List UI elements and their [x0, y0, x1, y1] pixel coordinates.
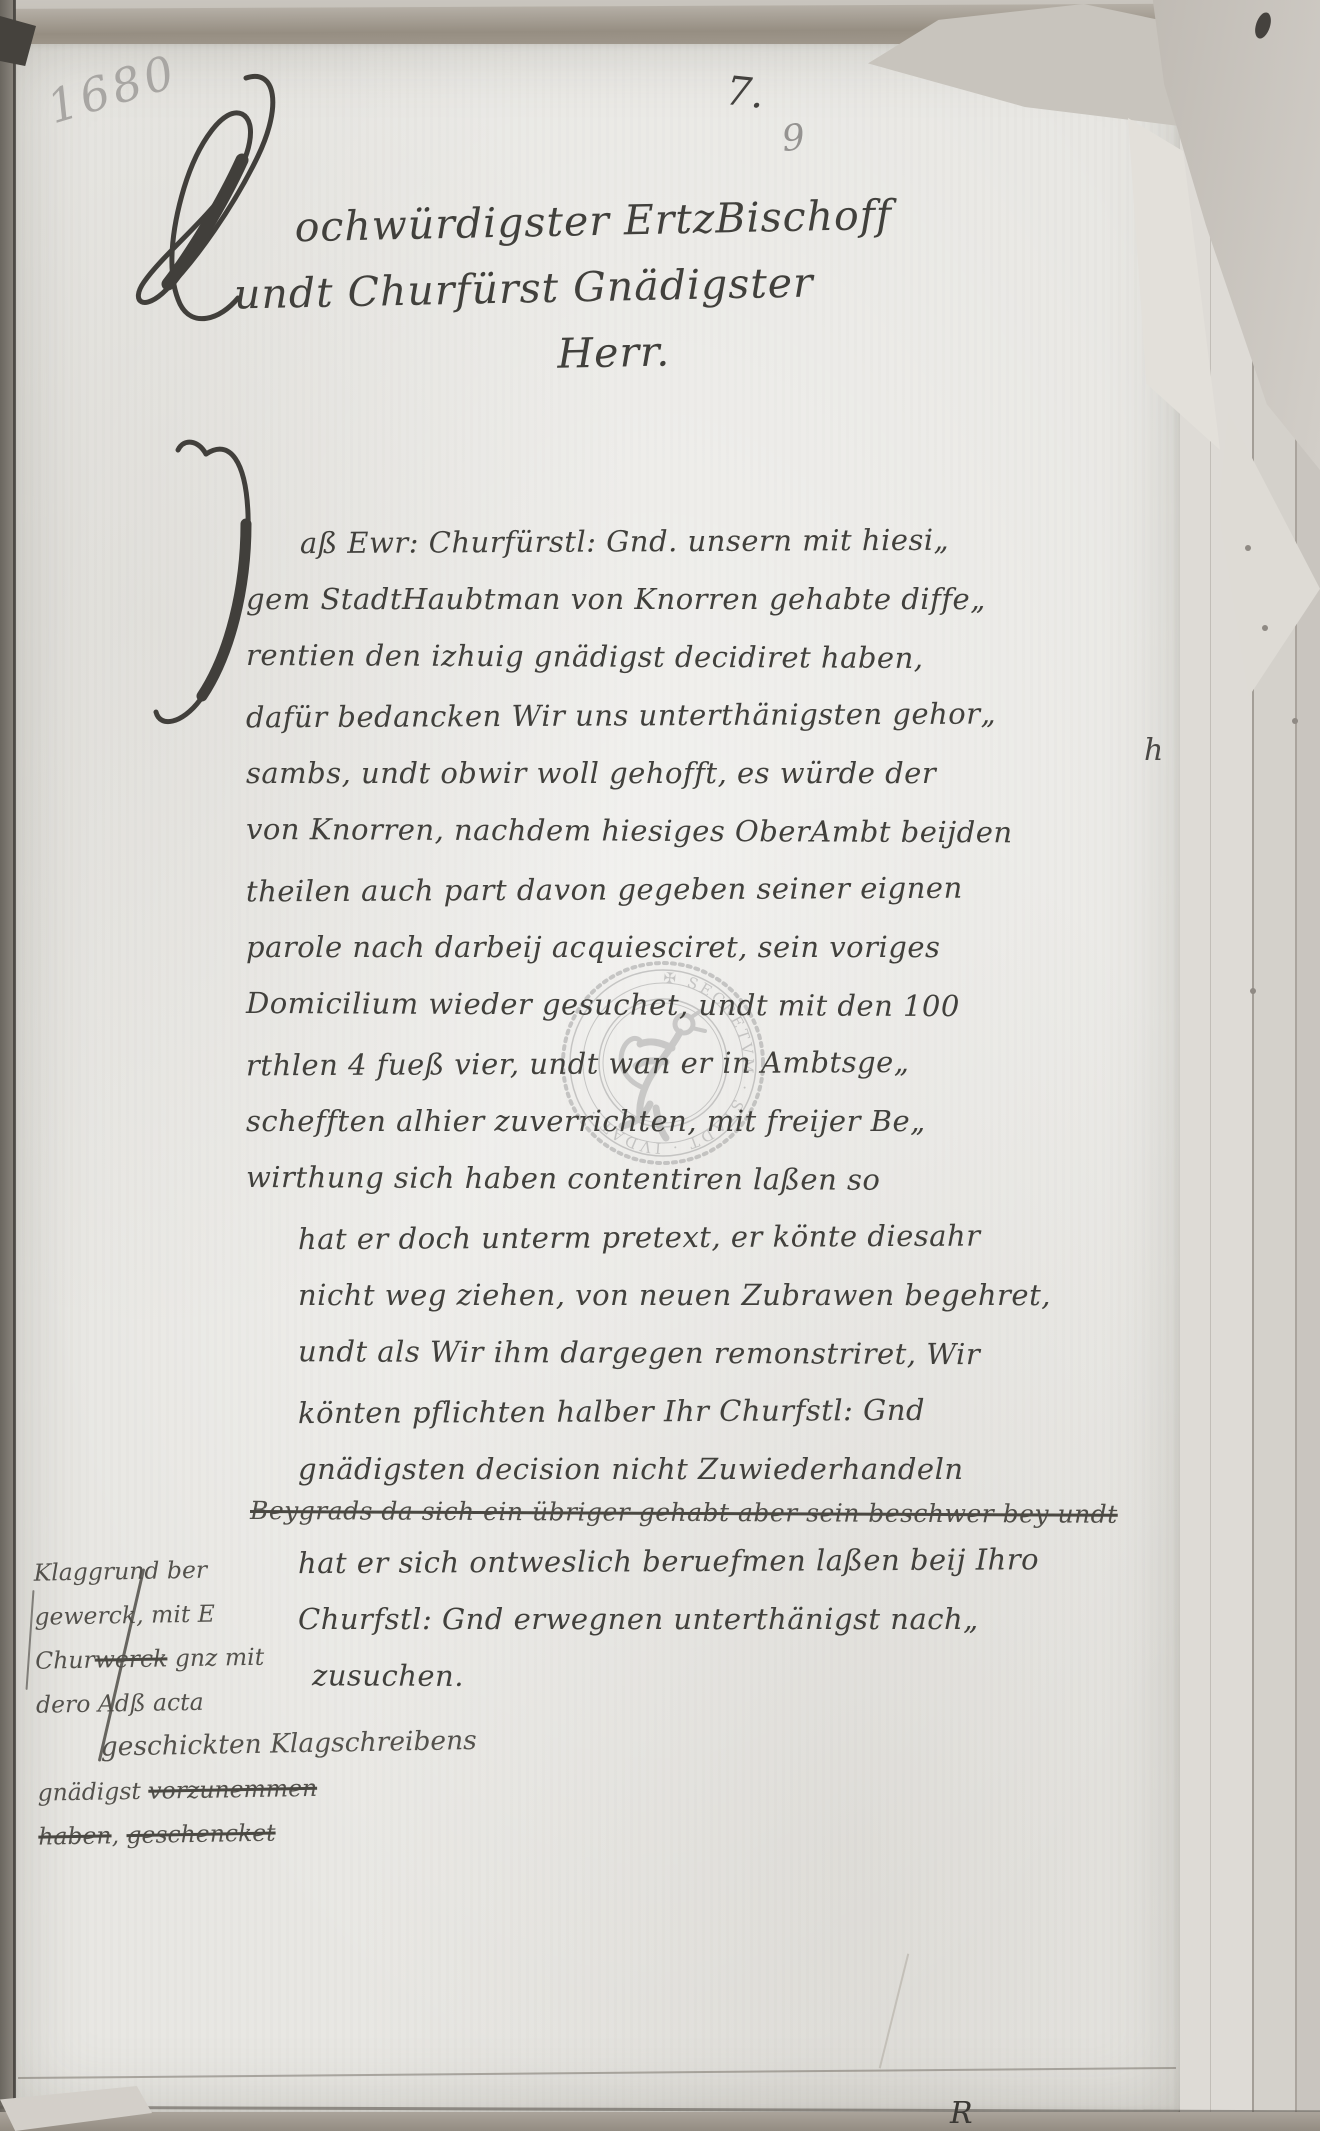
- line-text: undt als Wir ihm dargegen remonstriret, …: [298, 1334, 980, 1371]
- margin-line: dero Adß acta: [36, 1677, 347, 1726]
- line-text: rthlen 4 fueß vier, undt wan er in Ambts…: [246, 1045, 909, 1082]
- line-text: aß Ewr: Churfürstl: Gnd. unsern mit hies…: [300, 523, 949, 560]
- line-text: dafür bedancken Wir uns unterthänigsten …: [246, 696, 996, 734]
- line-text: rentien den izhuig gnädigst decidiret ha…: [246, 638, 924, 675]
- speck: [1250, 988, 1256, 994]
- manuscript-line: schefften alhier zuverrichten, mit freij…: [246, 1092, 1166, 1150]
- margin-text: ,: [111, 1821, 126, 1849]
- line-text: theilen auch part davon gegeben seiner e…: [246, 871, 963, 909]
- book-bottom-edge: [0, 2112, 1320, 2131]
- line-text: parole nach darbeij acquiesciret, sein v…: [246, 930, 940, 964]
- manuscript-line: aß Ewr: Churfürstl: Gnd. unsern mit hies…: [246, 510, 1166, 573]
- letter-salutation: ochwürdigster ErtzBischoff undt Churfürs…: [232, 180, 956, 393]
- margin-line: geschickten Klagschreibens: [36, 1721, 347, 1770]
- page-edge-line: [1210, 0, 1211, 2131]
- manuscript-line: Churfstl: Gnd erwegnen unterthänigst nac…: [246, 1590, 1166, 1648]
- manuscript-line: hat er doch unterm pretext, er könte die…: [246, 1206, 1166, 1269]
- speck: [1262, 625, 1268, 631]
- manuscript-line: nicht weg ziehen, von neuen Zubrawen beg…: [246, 1266, 1166, 1324]
- margin-line: haben, geschencket: [38, 1809, 349, 1858]
- manuscript-line: parole nach darbeij acquiesciret, sein v…: [246, 918, 1166, 976]
- manuscript-line: wirthung sich haben contentiren laßen so: [246, 1148, 1166, 1210]
- margin-line: gewerck, mit E: [34, 1589, 345, 1638]
- margin-text-struck: vorzunemmen: [148, 1774, 317, 1805]
- marginal-annotation: Klaggrund ber gewerck, mit E Churwerck g…: [33, 1545, 348, 1858]
- manuscript-line: undt als Wir ihm dargegen remonstriret, …: [246, 1322, 1166, 1384]
- line-text: schefften alhier zuverrichten, mit freij…: [246, 1104, 926, 1138]
- margin-text-struck: geschencket: [126, 1819, 276, 1850]
- line-text: Churfstl: Gnd erwegnen unterthänigst nac…: [298, 1602, 979, 1636]
- manuscript-line: theilen auch part davon gegeben seiner e…: [246, 858, 1166, 921]
- line-text: Domicilium wieder gesuchet, undt mit den…: [246, 986, 960, 1023]
- manuscript-line: sambs, undt obwir woll gehofft, es würde…: [246, 744, 1166, 802]
- manuscript-line: gem StadtHaubtman von Knorren gehabte di…: [246, 570, 1166, 628]
- manuscript-scan: ✠ SECRETVM · STADT · IVDAT · 1680 7. 9 o…: [0, 0, 1320, 2131]
- speck: [1245, 545, 1251, 551]
- line-text: hat er sich ontweslich beruefmen laßen b…: [298, 1542, 1039, 1580]
- bottom-right-mark: R: [950, 2096, 973, 2131]
- manuscript-line: zusuchen.: [246, 1646, 1166, 1708]
- margin-line: gnädigst vorzunemmen: [37, 1765, 348, 1814]
- manuscript-line: hat er sich ontweslich beruefmen laßen b…: [246, 1530, 1166, 1593]
- manuscript-line: könten pflichten halber Ihr Churfstl: Gn…: [246, 1380, 1166, 1443]
- gutter-crease: [13, 0, 16, 2131]
- line-text: wirthung sich haben contentiren laßen so: [246, 1160, 881, 1197]
- manuscript-line: dafür bedancken Wir uns unterthänigsten …: [246, 684, 1166, 747]
- line-text-struck: Beygrads da sich ein übriger gehabt aber…: [250, 1496, 1118, 1529]
- line-text: hat er doch unterm pretext, er könte die…: [298, 1219, 981, 1257]
- margin-line: Klaggrund ber: [33, 1545, 344, 1594]
- letter-body: aß Ewr: Churfürstl: Gnd. unsern mit hies…: [246, 512, 1166, 1706]
- line-text: könten pflichten halber Ihr Churfstl: Gn…: [298, 1393, 925, 1430]
- margin-line: Churwerck gnz mit: [35, 1633, 346, 1682]
- manuscript-line: Domicilium wieder gesuchet, undt mit den…: [246, 974, 1166, 1036]
- margin-text-struck: haben: [38, 1821, 112, 1850]
- line-text: nicht weg ziehen, von neuen Zubrawen beg…: [298, 1278, 1051, 1312]
- margin-text: geschickten Klagschreibens: [101, 1725, 478, 1763]
- folio-number-pencil: 9: [780, 117, 807, 160]
- margin-text: Klaggrund ber: [33, 1556, 207, 1587]
- margin-text: gnz mit: [167, 1643, 264, 1673]
- margin-text: gnädigst: [37, 1777, 148, 1807]
- line-text: sambs, undt obwir woll gehofft, es würde…: [246, 756, 936, 790]
- margin-text: dero Adß acta: [36, 1688, 204, 1719]
- speck: [1292, 718, 1298, 724]
- manuscript-line: rentien den izhuig gnädigst decidiret ha…: [246, 626, 1166, 688]
- margin-text: gewerck, mit E: [34, 1600, 215, 1631]
- folio-number-ink: 7.: [724, 68, 767, 118]
- margin-text-struck: werck: [94, 1644, 167, 1673]
- line-text: gem StadtHaubtman von Knorren gehabte di…: [246, 582, 986, 616]
- line-text: gnädigsten decision nicht Zuwiederhandel…: [298, 1452, 964, 1486]
- manuscript-line: von Knorren, nachdem hiesiges OberAmbt b…: [246, 800, 1166, 862]
- margin-text: Chur: [35, 1646, 95, 1675]
- line-text: von Knorren, nachdem hiesiges OberAmbt b…: [246, 812, 1013, 849]
- right-margin-mark: h: [1144, 733, 1163, 768]
- manuscript-line: rthlen 4 fueß vier, undt wan er in Ambts…: [246, 1032, 1166, 1095]
